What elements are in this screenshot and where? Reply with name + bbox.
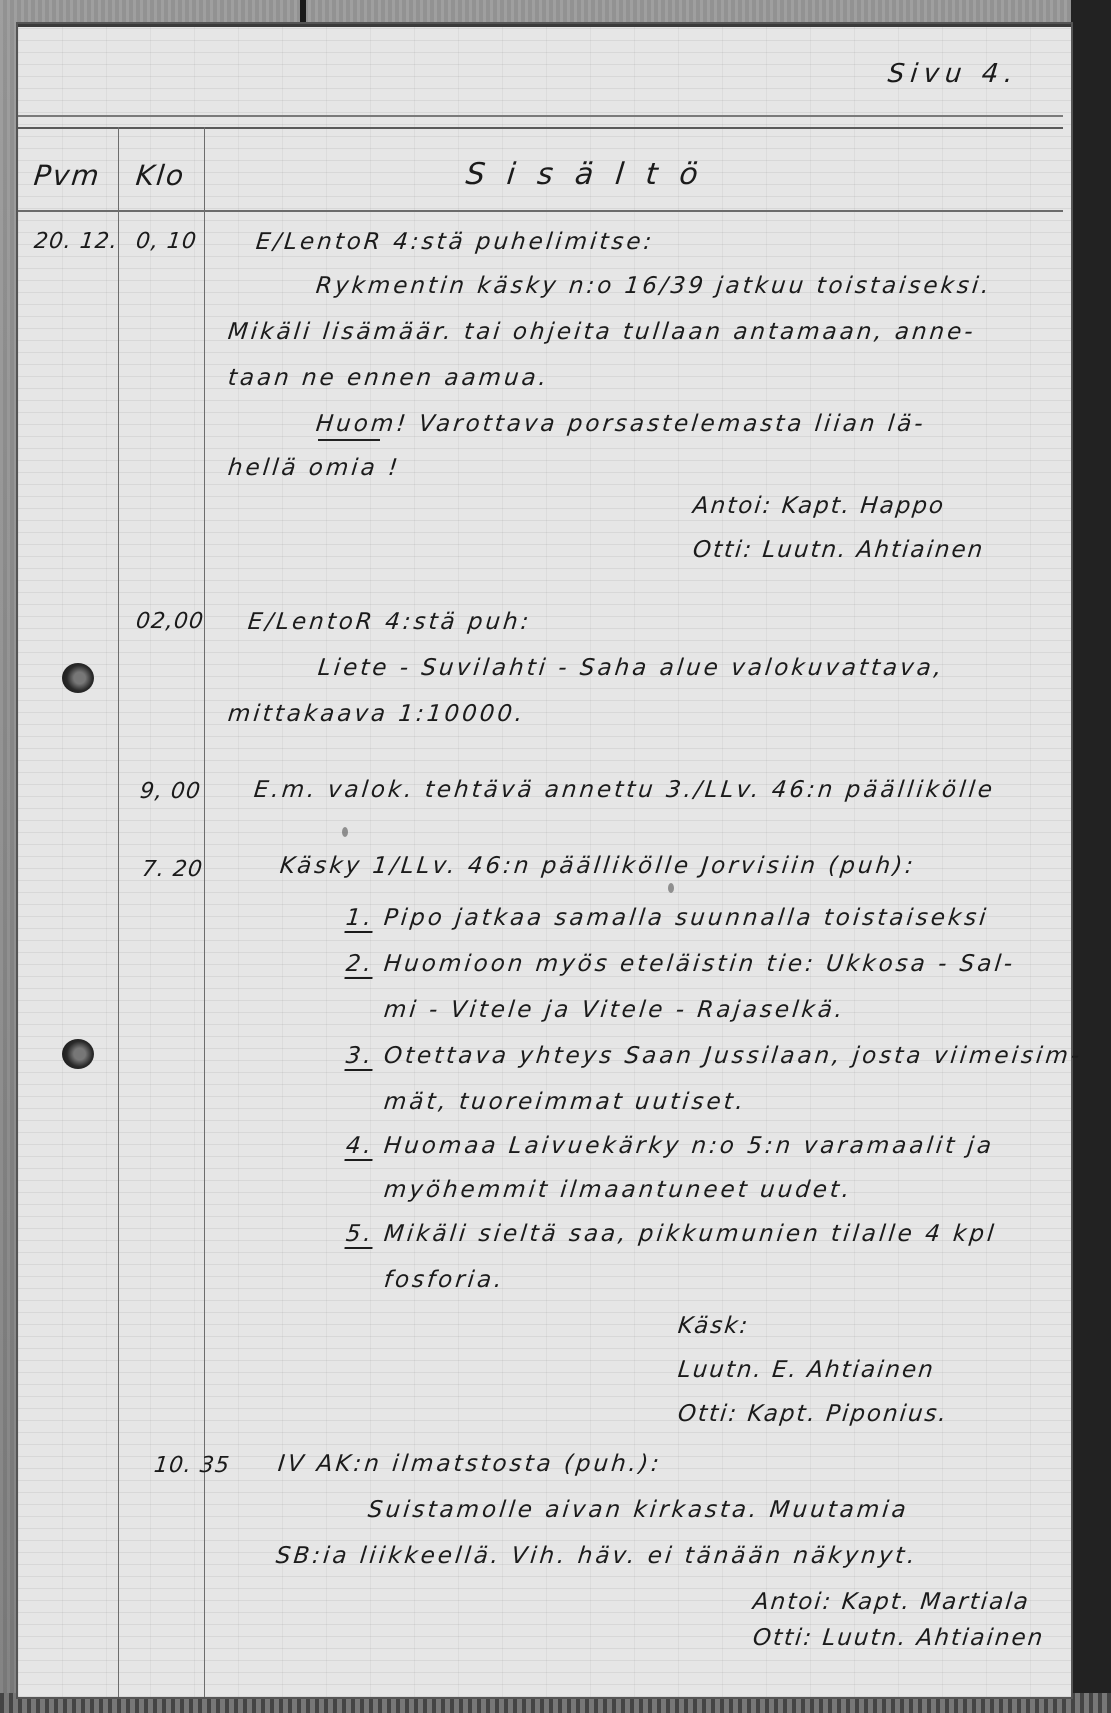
column-header-time: Klo (134, 159, 187, 192)
entry-time: 02,00 (135, 609, 206, 634)
entry-line: E.m. valok. tehtävä annettu 3./LLv. 46:n… (253, 777, 997, 803)
entry-line: E/LentoR 4:stä puh: (247, 609, 533, 635)
order-item-number: 2. (345, 951, 376, 977)
order-item-text: fosforia. (383, 1267, 506, 1293)
ink-speck (668, 883, 674, 893)
entry-line: IV AK:n ilmatstosta (puh.): (277, 1451, 664, 1477)
header-top-rule-2 (18, 127, 1063, 129)
date-column-divider (118, 127, 119, 1697)
entry-time: 0, 10 (135, 229, 199, 254)
entry-line: mittakaava 1:10000. (227, 701, 527, 727)
order-item-text: Mikäli sieltä saa, pikkumunien tilalle 4… (383, 1221, 998, 1247)
column-header-date: Pvm (32, 159, 102, 192)
signature-received-by: Otti: Kapt. Piponius. (677, 1401, 950, 1427)
entry-time: 10. 35 (153, 1453, 232, 1478)
entry-time: 9, 00 (139, 779, 203, 804)
ink-speck (342, 827, 348, 837)
order-item-number: 5. (345, 1221, 376, 1247)
entry-line: taan ne ennen aamua. (227, 365, 551, 391)
entry-line: E/LentoR 4:stä puhelimitse: (255, 229, 656, 255)
signature-received-by: Otti: Luutn. Ahtiainen (692, 537, 986, 563)
entry-line: Huom! Varottava porsastelemasta liian lä… (315, 411, 927, 437)
column-header-content: Sisältö (464, 157, 722, 192)
background-board-seam (300, 0, 306, 22)
order-item-text: mi - Vitele ja Vitele - Rajaselkä. (383, 997, 847, 1023)
order-item-number: 1. (345, 905, 376, 931)
background-right-edge (1071, 0, 1111, 1713)
signature-label-ordered: Käsk: (677, 1313, 751, 1339)
diary-page: Sivu 4. Pvm Klo Sisältö 20. 12. 0, 10 E/… (18, 24, 1071, 1697)
order-item-text: Pipo jatkaa samalla suunnalla toistaisek… (383, 905, 990, 931)
underline-mark (318, 439, 380, 441)
signature-received-by: Otti: Luutn. Ahtiainen (752, 1625, 1046, 1651)
entry-line: SB:ia liikkeellä. Vih. häv. ei tänään nä… (275, 1543, 919, 1569)
header-top-rule (18, 115, 1063, 117)
entry-line: hellä omia ! (227, 455, 402, 481)
entry-line: Mikäli lisämäär. tai ohjeita tullaan ant… (227, 319, 977, 345)
order-item-number: 4. (345, 1133, 376, 1159)
header-bottom-rule (18, 210, 1063, 212)
order-item-text: Huomaa Laivuekärky n:o 5:n varamaalit ja (383, 1133, 996, 1159)
entry-line: Liete - Suvilahti - Saha alue valokuvatt… (317, 655, 946, 681)
entry-line: Rykmentin käsky n:o 16/39 jatkuu toistai… (315, 273, 993, 299)
punch-hole (62, 663, 94, 693)
entry-line: Suistamolle aivan kirkasta. Muutamia (367, 1497, 910, 1523)
order-item-text: mät, tuoreimmat uutiset. (383, 1089, 748, 1115)
order-item-text: myöhemmit ilmaantuneet uudet. (383, 1177, 854, 1203)
order-item-text: Huomioon myös eteläistin tie: Ukkosa - S… (383, 951, 1017, 977)
punch-hole (62, 1039, 94, 1069)
signature-given-by: Antoi: Kapt. Happo (692, 493, 947, 519)
entry-line: Käsky 1/LLv. 46:n päällikölle Jorvisiin … (279, 853, 918, 879)
signature-given-by: Antoi: Kapt. Martiala (752, 1589, 1032, 1615)
entry-time: 7. 20 (141, 857, 205, 882)
order-item-text: Otettava yhteys Saan Jussilaan, josta vi… (383, 1043, 1084, 1069)
page-label: Sivu 4. (886, 59, 1020, 89)
order-item-number: 3. (345, 1043, 376, 1069)
signature-given-by: Luutn. E. Ahtiainen (677, 1357, 937, 1383)
entry-date: 20. 12. (33, 229, 120, 254)
